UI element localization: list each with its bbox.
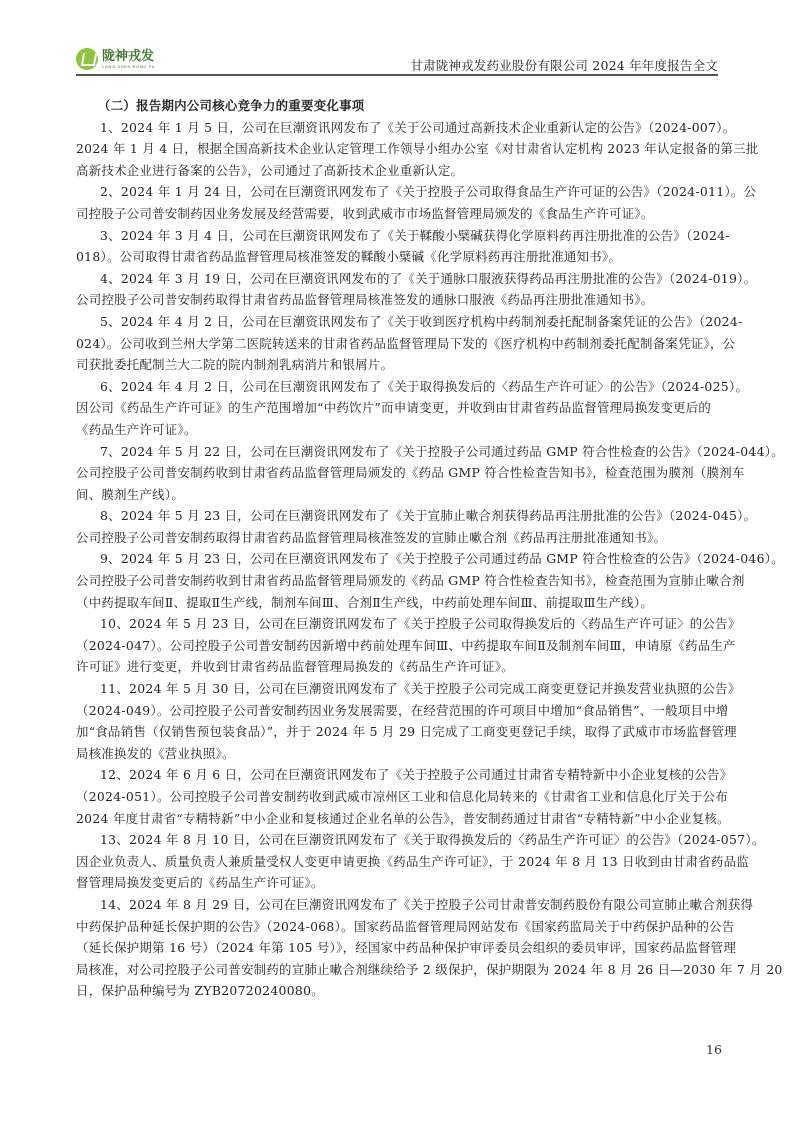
paragraph-start-line: 13、2024 年 8 月 10 日，公司在巨潮资讯网发布了《关于取得换发后的〈… bbox=[76, 829, 726, 851]
logo-english-name: LONG SHEN RONG FA bbox=[102, 65, 155, 69]
logo-chinese-name: 陇神戎发 bbox=[102, 50, 155, 63]
paragraph-line: （2024-047）。公司控股子公司普安制药因新增中药前处理车间Ⅲ、中药提取车间… bbox=[76, 635, 726, 657]
page-number: 16 bbox=[706, 1042, 722, 1057]
paragraph-line: 公司控股子公司普安制药取得甘肃省药品监督管理局核准签发的通脉口服液《药品再注册批… bbox=[76, 289, 726, 311]
paragraph-start-line: 9、2024 年 5 月 23 日，公司在巨潮资讯网发布了《关于控股子公司通过药… bbox=[76, 548, 726, 570]
report-title: 甘肃陇神戎发药业股份有限公司 2024 年年度报告全文 bbox=[410, 56, 718, 74]
paragraph-line: 公司控股子公司普安制药收到甘肃省药品监督管理局颁发的《药品 GMP 符合性检查告… bbox=[76, 570, 726, 592]
header-divider bbox=[76, 74, 718, 76]
paragraph-start-line: 7、2024 年 5 月 22 日，公司在巨潮资讯网发布了《关于控股子公司通过药… bbox=[76, 441, 726, 463]
paragraph-line: 间、膜剂生产线）。 bbox=[76, 484, 726, 506]
paragraph-start-line: 14、2024 年 8 月 29 日，公司在巨潮资讯网发布了《关于控股子公司甘肃… bbox=[76, 894, 726, 916]
paragraph-line: 司获批委托配制兰大二院的院内制剂乳病消片和银屑片。 bbox=[76, 354, 726, 376]
paragraph-line: （2024-051）。公司控股子公司普安制药收到武威市凉州区工业和信息化局转来的… bbox=[76, 786, 726, 808]
paragraph-start-line: 4、2024 年 3 月 19 日，公司在巨潮资讯网发布的了《关于通脉口服液获得… bbox=[76, 268, 726, 290]
paragraph-line: 中药保护品种延长保护期的公告》（2024-068）。国家药品监督管理局网站发布《… bbox=[76, 916, 726, 938]
paragraph-line: （延长保护期第 16 号）（2024 年第 105 号）》，经国家中药品种保护审… bbox=[76, 937, 726, 959]
paragraph-start-line: 11、2024 年 5 月 30 日，公司在巨潮资讯网发布了《关于控股子公司完成… bbox=[76, 678, 726, 700]
paragraph-line: 局核准换发的《营业执照》。 bbox=[76, 743, 726, 765]
paragraph-lines: 1、2024 年 1 月 5 日，公司在巨潮资讯网发布了《关于公司通过高新技术企… bbox=[76, 117, 726, 1002]
paragraph-start-line: 12、2024 年 6 月 6 日，公司在巨潮资讯网发布了《关于控股子公司通过甘… bbox=[76, 764, 726, 786]
logo-icon bbox=[76, 48, 98, 70]
paragraph-line: 局核准，对公司控股子公司普安制药的宣肺止嗽合剂继续给予 2 级保护，保护期限为 … bbox=[76, 959, 726, 981]
company-logo: 陇神戎发 LONG SHEN RONG FA bbox=[76, 48, 155, 70]
paragraph-line: 2024 年度甘肃省“专精特新”中小企业和复核通过企业名单的公告》，普安制药通过… bbox=[76, 808, 726, 830]
paragraph-line: 公司控股子公司普安制药取得甘肃省药品监督管理局核准签发的宣肺止嗽合剂《药品再注册… bbox=[76, 527, 726, 549]
paragraph-line: 许可证》进行变更，并收到甘肃省药品监督管理局换发的《药品生产许可证》。 bbox=[76, 656, 726, 678]
paragraph-start-line: 1、2024 年 1 月 5 日，公司在巨潮资讯网发布了《关于公司通过高新技术企… bbox=[76, 117, 726, 139]
paragraph-line: （中药提取车间Ⅱ、提取Ⅱ生产线，制剂车间Ⅲ、合剂Ⅱ生产线，中药前处理车间Ⅲ、前提… bbox=[76, 592, 726, 614]
paragraph-line: （2024-049）。公司控股子公司普安制药因业务发展需要，在经营范围的许可项目… bbox=[76, 700, 726, 722]
paragraph-line: 高新技术企业进行备案的公告》，公司通过了高新技术企业重新认定。 bbox=[76, 160, 726, 182]
paragraph-line: 2024 年 1 月 4 日，根据全国高新技术企业认定管理工作领导小组办公室《对… bbox=[76, 138, 726, 160]
paragraph-line: 018）。公司取得甘肃省药品监督管理局核准签发的鞣酸小檗碱《化学原料药再注册批准… bbox=[76, 246, 726, 268]
paragraph-line: 司控股子公司普安制药因业务发展及经营需要，收到武威市市场监督管理局颁发的《食品生… bbox=[76, 203, 726, 225]
paragraph-start-line: 5、2024 年 4 月 2 日，公司在巨潮资讯网发布了《关于收到医疗机构中药制… bbox=[76, 311, 726, 333]
paragraph-line: 因公司《药品生产许可证》的生产范围增加“中药饮片”而申请变更，并收到由甘肃省药品… bbox=[76, 397, 726, 419]
paragraph-line: 公司控股子公司普安制药收到甘肃省药品监督管理局颁发的《药品 GMP 符合性检查告… bbox=[76, 462, 726, 484]
paragraph-start-line: 2、2024 年 1 月 24 日，公司在巨潮资讯网发布了《关于控股子公司取得食… bbox=[76, 181, 726, 203]
paragraph-start-line: 8、2024 年 5 月 23 日，公司在巨潮资讯网发布了《关于宣肺止嗽合剂获得… bbox=[76, 505, 726, 527]
document-body: （二）报告期内公司核心竞争力的重要变化事项 1、2024 年 1 月 5 日，公… bbox=[76, 95, 726, 1002]
paragraph-start-line: 10、2024 年 5 月 23 日，公司在巨潮资讯网发布了《关于控股子公司取得… bbox=[76, 613, 726, 635]
paragraph-line: 日，保护品种编号为 ZYB20720240080。 bbox=[76, 980, 726, 1002]
paragraph-line: 督管理局换发变更后的《药品生产许可证》。 bbox=[76, 872, 726, 894]
section-heading: （二）报告期内公司核心竞争力的重要变化事项 bbox=[76, 95, 726, 117]
paragraph-line: 《药品生产许可证》。 bbox=[76, 419, 726, 441]
paragraph-start-line: 6、2024 年 4 月 2 日，公司在巨潮资讯网发布了《关于取得换发后的〈药品… bbox=[76, 376, 726, 398]
paragraph-line: 024）。公司收到兰州大学第二医院转送来的甘肃省药品监督管理局下发的《医疗机构中… bbox=[76, 333, 726, 355]
paragraph-line: 因企业负责人、质量负责人兼质量受权人变更申请更换《药品生产许可证》，于 2024… bbox=[76, 851, 726, 873]
paragraph-line: 加“食品销售（仅销售预包装食品）”，并于 2024 年 5 月 29 日完成了工… bbox=[76, 721, 726, 743]
paragraph-start-line: 3、2024 年 3 月 4 日，公司在巨潮资讯网发布了《关于鞣酸小檗碱获得化学… bbox=[76, 225, 726, 247]
page-header: 陇神戎发 LONG SHEN RONG FA 甘肃陇神戎发药业股份有限公司 20… bbox=[76, 48, 718, 76]
